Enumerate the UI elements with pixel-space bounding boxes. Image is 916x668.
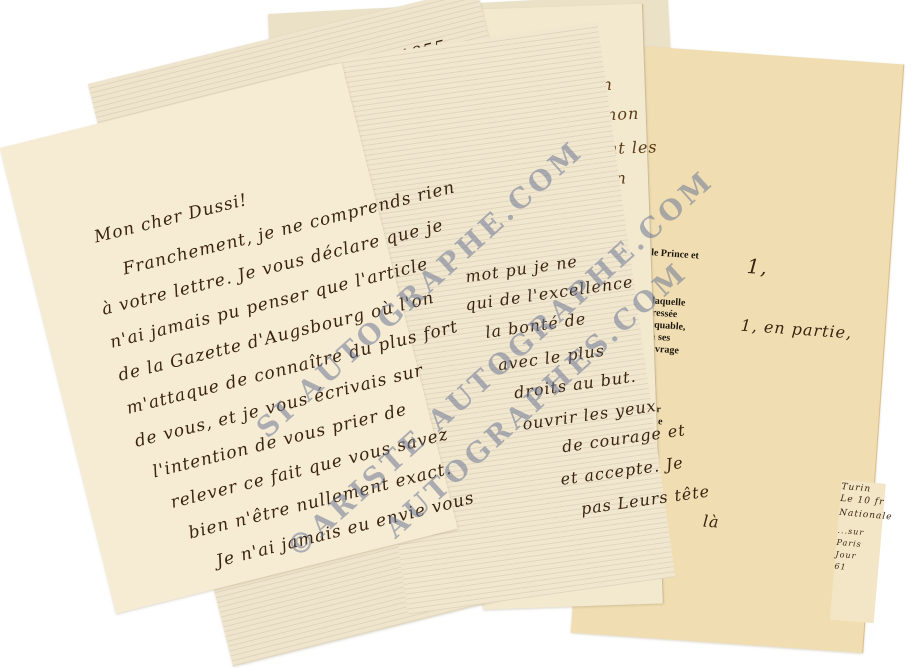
margin-note-line: ...sur [837, 526, 864, 537]
margin-note-line: Turin [841, 482, 872, 495]
margin-note-line: 61 [834, 562, 847, 572]
margin-note: 1, [746, 254, 769, 279]
margin-note: là [702, 512, 720, 532]
margin-note-line: Le 10 fr [840, 494, 885, 508]
photo-scene: E dit Mazzini, le Prince et me. » la let… [0, 0, 916, 668]
margin-note-line: Jour [835, 550, 857, 561]
margin-note: 1, en partie, [740, 316, 853, 343]
margin-note-line: Paris [836, 538, 862, 549]
margin-note-line: Nationale [839, 508, 893, 523]
